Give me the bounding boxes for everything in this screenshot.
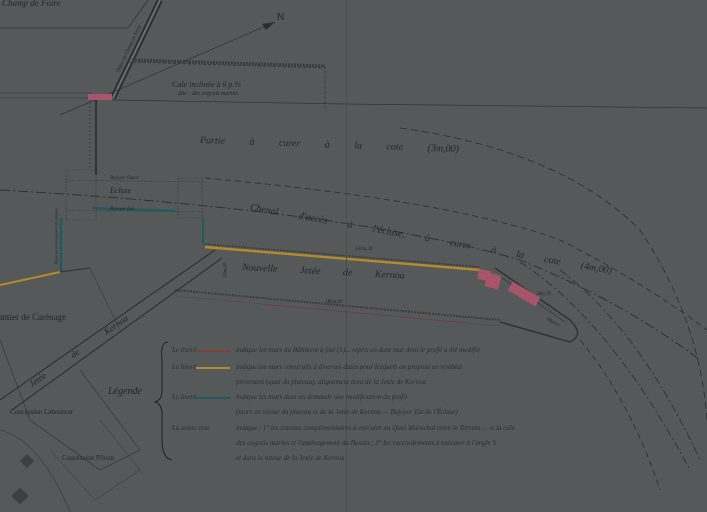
legend-text-blue-cont: (murs en retour du plateau et de la Jeté…: [236, 408, 458, 416]
label-ecluse: Ecluse: [110, 186, 131, 195]
legend-text-blue: indique les murs dont on demande une mod…: [236, 393, 407, 401]
legend-text-yellow: indique les murs construits à diverses d…: [236, 363, 462, 371]
legend-text-pink-cont2: et dans le retour de la Jetée de Kernoa: [236, 454, 345, 462]
dimension-bottom: 185m,00: [325, 300, 342, 305]
dimension-top: 161m,20: [355, 247, 372, 252]
label-digue-plateau: Digue au prolongement du plateau: [54, 209, 59, 265]
legend-text-red: indique les murs du Bâtiment à fixé (1).…: [236, 346, 480, 354]
label-chantier-carenage: Chantier de Carénage: [0, 312, 66, 322]
dimension-musoir: 18m,70: [536, 292, 551, 297]
label-champ-de-foire: Champ de Foire: [2, 0, 61, 8]
legend-key-red: Le liseré: [172, 346, 196, 354]
dimension-width: 10m,00: [224, 263, 229, 278]
label-bajoyer-ouest: Bajoyer Ouest: [110, 176, 139, 181]
legend-key-yellow: Le liseré: [172, 363, 196, 371]
label-cale-dite: dite : des engrais marins: [178, 91, 238, 97]
legend-text-yellow-cont: provenant (quai du plateau), alignement …: [236, 378, 426, 386]
legend-key-pink: La teinte rose: [172, 424, 210, 432]
label-cale-inclinee: Cale inclinée à 6 p.%: [172, 80, 241, 89]
label-concession-laboureur: Concession Laboureur: [10, 408, 73, 416]
legend-text-pink: indique : 1° les travaux complémentaires…: [236, 424, 515, 432]
map-linework: [0, 0, 707, 512]
harbor-plan-map: N Champ de Foire Digue du Champ de Foire…: [0, 0, 707, 512]
paper-fold-line: [346, 0, 347, 512]
legend-key-blue: Le liseré: [172, 393, 196, 401]
label-bajoyer-est: Bajoyer Est: [110, 207, 133, 212]
north-label: N: [277, 12, 284, 23]
label-concession-pilven: Concession Pilven: [62, 454, 114, 462]
legend-title: Légende: [108, 386, 142, 397]
legend-text-pink-cont: des engrais marins et l'aménagement du B…: [236, 439, 496, 447]
